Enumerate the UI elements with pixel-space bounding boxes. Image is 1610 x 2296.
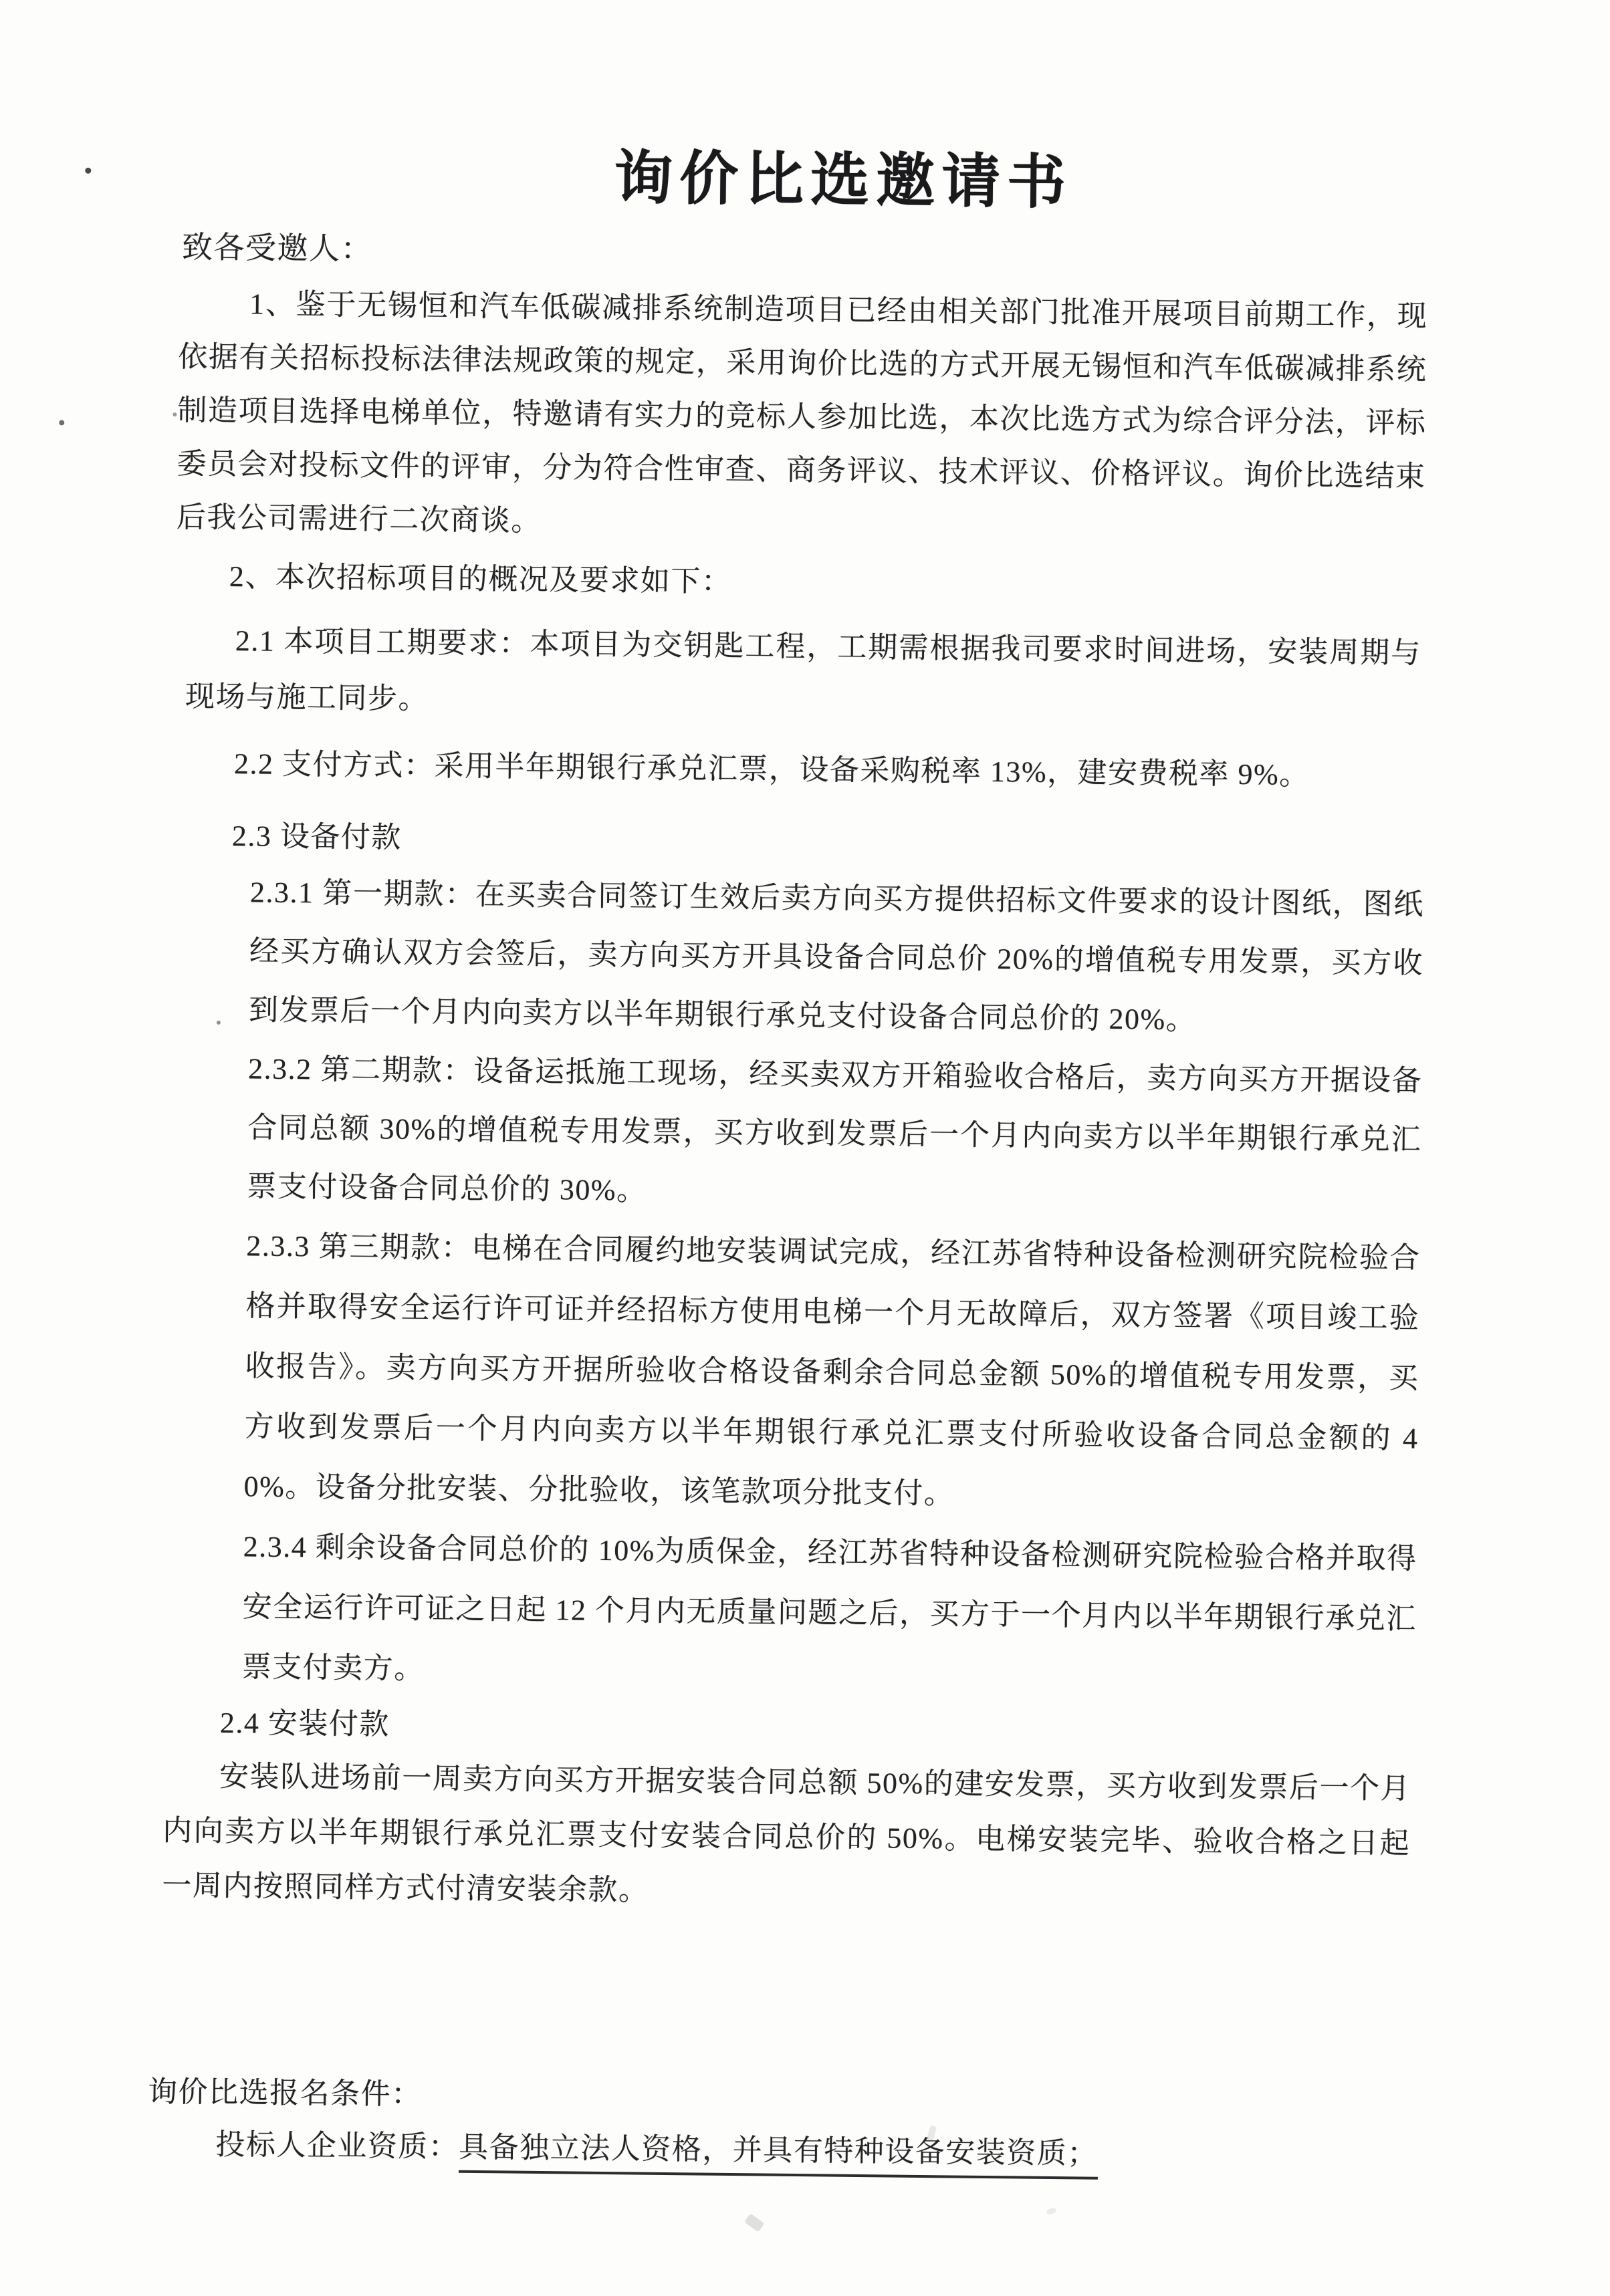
scan-smudge — [1046, 2207, 1056, 2215]
qualification-value-underlined: 具备独立法人资格，并具有特种设备安装资质； — [459, 2131, 1098, 2180]
overview-heading: 2、本次招标项目的概况及要求如下： — [176, 549, 1425, 616]
document-title: 询价比选邀请书 — [0, 133, 1609, 229]
scan-speck — [217, 1021, 221, 1025]
registration-conditions-heading: 询价比选报名条件： — [148, 2071, 1409, 2127]
clause-2-4-installation-payment-body: 安装队进场前一周卖方向买方开据安装合同总额 50%的建安发票，买方收到发票后一个… — [162, 1749, 1411, 1926]
salutation: 致各受邀人： — [182, 227, 1608, 282]
qualification-line: 投标人企业资质：具备独立法人资格，并具有特种设备安装资质； — [215, 2124, 1468, 2180]
qualification-label: 投标人企业资质： — [215, 2128, 459, 2164]
intro-paragraph: 1、鉴于无锡恒和汽车低碳减排系统制造项目已经由相关部门批准开展项目前期工作，现依… — [176, 277, 1427, 557]
clause-2-3-1-first-installment: 2.3.1 第一期款：在买卖合同签订生效后卖方向买方提供招标文件要求的设计图纸，… — [249, 863, 1425, 1051]
scan-speck — [172, 412, 177, 416]
clause-2-2-payment-method: 2.2 支付方式：采用半年期银行承兑汇票，设备采购税率 13%，建安费税率 9%… — [185, 737, 1421, 803]
clause-2-3-3-third-installment: 2.3.3 第三期款：电梯在合同履约地安装调试完成，经江苏省特种设备检测研究院检… — [243, 1216, 1421, 1529]
scan-speck — [59, 420, 64, 425]
scanned-content: 询价比选邀请书 致各受邀人： 1、鉴于无锡恒和汽车低碳减排系统制造项目已经由相关… — [0, 0, 1610, 2180]
document-page: 询价比选邀请书 致各受邀人： 1、鉴于无锡恒和汽车低碳减排系统制造项目已经由相关… — [0, 0, 1610, 2296]
scan-smudge — [744, 2213, 764, 2232]
clause-2-1-project-schedule: 2.1 本项目工期要求：本项目为交钥匙工程，工期需根据我司要求时间进场，安装周期… — [185, 612, 1422, 737]
clause-2-3-4-retention-money: 2.3.4 剩余设备合同总价的 10%为质保金，经江苏省特种设备检测研究院检验合… — [241, 1517, 1417, 1709]
scan-speck — [85, 168, 91, 174]
clause-2-3-2-second-installment: 2.3.2 第二期款：设备运抵施工现场，经买卖双方开箱验收合格后，卖方向买方开据… — [247, 1039, 1423, 1228]
